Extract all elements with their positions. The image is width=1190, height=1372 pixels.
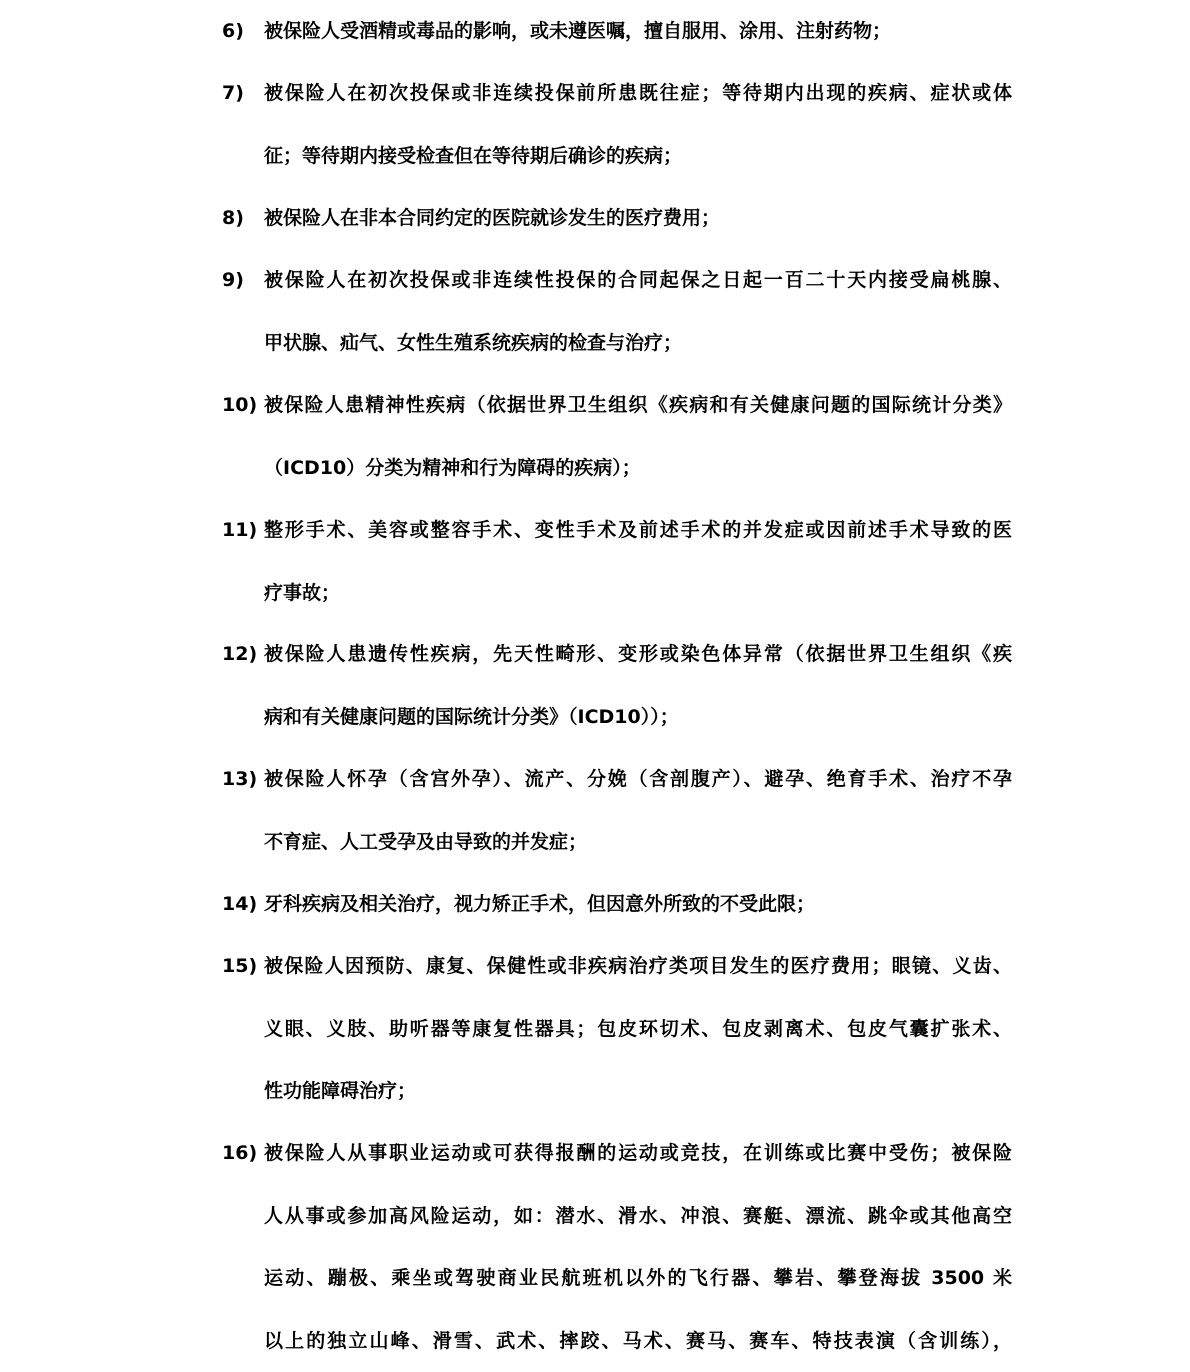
item-number: 15) bbox=[222, 935, 257, 998]
item-text-line: 被保险人因预防、康复、保健性或非疾病治疗类项目发生的医疗费用；眼镜、义齿、 bbox=[264, 935, 1012, 998]
item-text-line: 被保险人患精神性疾病（依据世界卫生组织《疾病和有关健康问题的国际统计分类》 bbox=[264, 374, 1012, 437]
item-text-line: 牙科疾病及相关治疗，视力矫正手术，但因意外所致的不受此限； bbox=[264, 873, 1012, 936]
item-text-line: 不育症、人工受孕及由导致的并发症； bbox=[264, 811, 1012, 874]
item-text-line: 病和有关健康问题的国际统计分类》（ICD10））； bbox=[264, 686, 1012, 749]
item-text-line: 被保险人在初次投保或非连续投保前所患既往症；等待期内出现的疾病、症状或体 bbox=[264, 62, 1012, 125]
item-text-line: 义眼、义肢、助听器等康复性器具；包皮环切术、包皮剥离术、包皮气囊扩张术、 bbox=[264, 998, 1012, 1061]
item-text-line: 人从事或参加高风险运动，如：潜水、滑水、冲浪、赛艇、漂流、跳伞或其他高空 bbox=[264, 1185, 1012, 1248]
item-text-line: 运动、蹦极、乘坐或驾驶商业民航班机以外的飞行器、攀岩、攀登海拔 3500 米 bbox=[264, 1247, 1012, 1310]
item-text-line: 整形手术、美容或整容手术、变性手术及前述手术的并发症或因前述手术导致的医 bbox=[264, 499, 1012, 562]
item-text-line: 被保险人在初次投保或非连续性投保的合同起保之日起一百二十天内接受扁桃腺、 bbox=[264, 249, 1012, 312]
item-text-line: 疗事故； bbox=[264, 562, 1012, 625]
item-text-line: 被保险人怀孕（含宫外孕）、流产、分娩（含剖腹产）、避孕、绝育手术、治疗不孕 bbox=[264, 748, 1012, 811]
item-number: 10) bbox=[222, 374, 257, 437]
item-text-line: 被保险人从事职业运动或可获得报酬的运动或竞技，在训练或比赛中受伤；被保险 bbox=[264, 1122, 1012, 1185]
item-number: 12) bbox=[222, 623, 257, 686]
item-text-line: 被保险人受酒精或毒品的影响，或未遵医嘱，擅自服用、涂用、注射药物； bbox=[264, 0, 1012, 63]
item-text-line: 甲状腺、疝气、女性生殖系统疾病的检查与治疗； bbox=[264, 312, 1012, 375]
item-number: 9) bbox=[222, 249, 244, 312]
item-number: 14) bbox=[222, 873, 257, 936]
item-text-line: 性功能障碍治疗； bbox=[264, 1060, 1012, 1123]
item-number: 8) bbox=[222, 187, 244, 250]
item-number: 11) bbox=[222, 499, 257, 562]
item-text-line: 以上的独立山峰、滑雪、武术、摔跤、马术、赛马、赛车、特技表演（含训练）， bbox=[264, 1310, 1012, 1372]
item-text-line: 被保险人在非本合同约定的医院就诊发生的医疗费用； bbox=[264, 187, 1012, 250]
item-text-line: 征；等待期内接受检查但在等待期后确诊的疾病； bbox=[264, 125, 1012, 188]
item-text-line: （ICD10）分类为精神和行为障碍的疾病）； bbox=[264, 437, 1012, 500]
item-number: 7) bbox=[222, 62, 244, 125]
item-number: 6) bbox=[222, 0, 244, 63]
item-number: 13) bbox=[222, 748, 257, 811]
item-text-line: 被保险人患遗传性疾病，先天性畸形、变形或染色体异常（依据世界卫生组织《疾 bbox=[264, 623, 1012, 686]
item-number: 16) bbox=[222, 1122, 257, 1185]
